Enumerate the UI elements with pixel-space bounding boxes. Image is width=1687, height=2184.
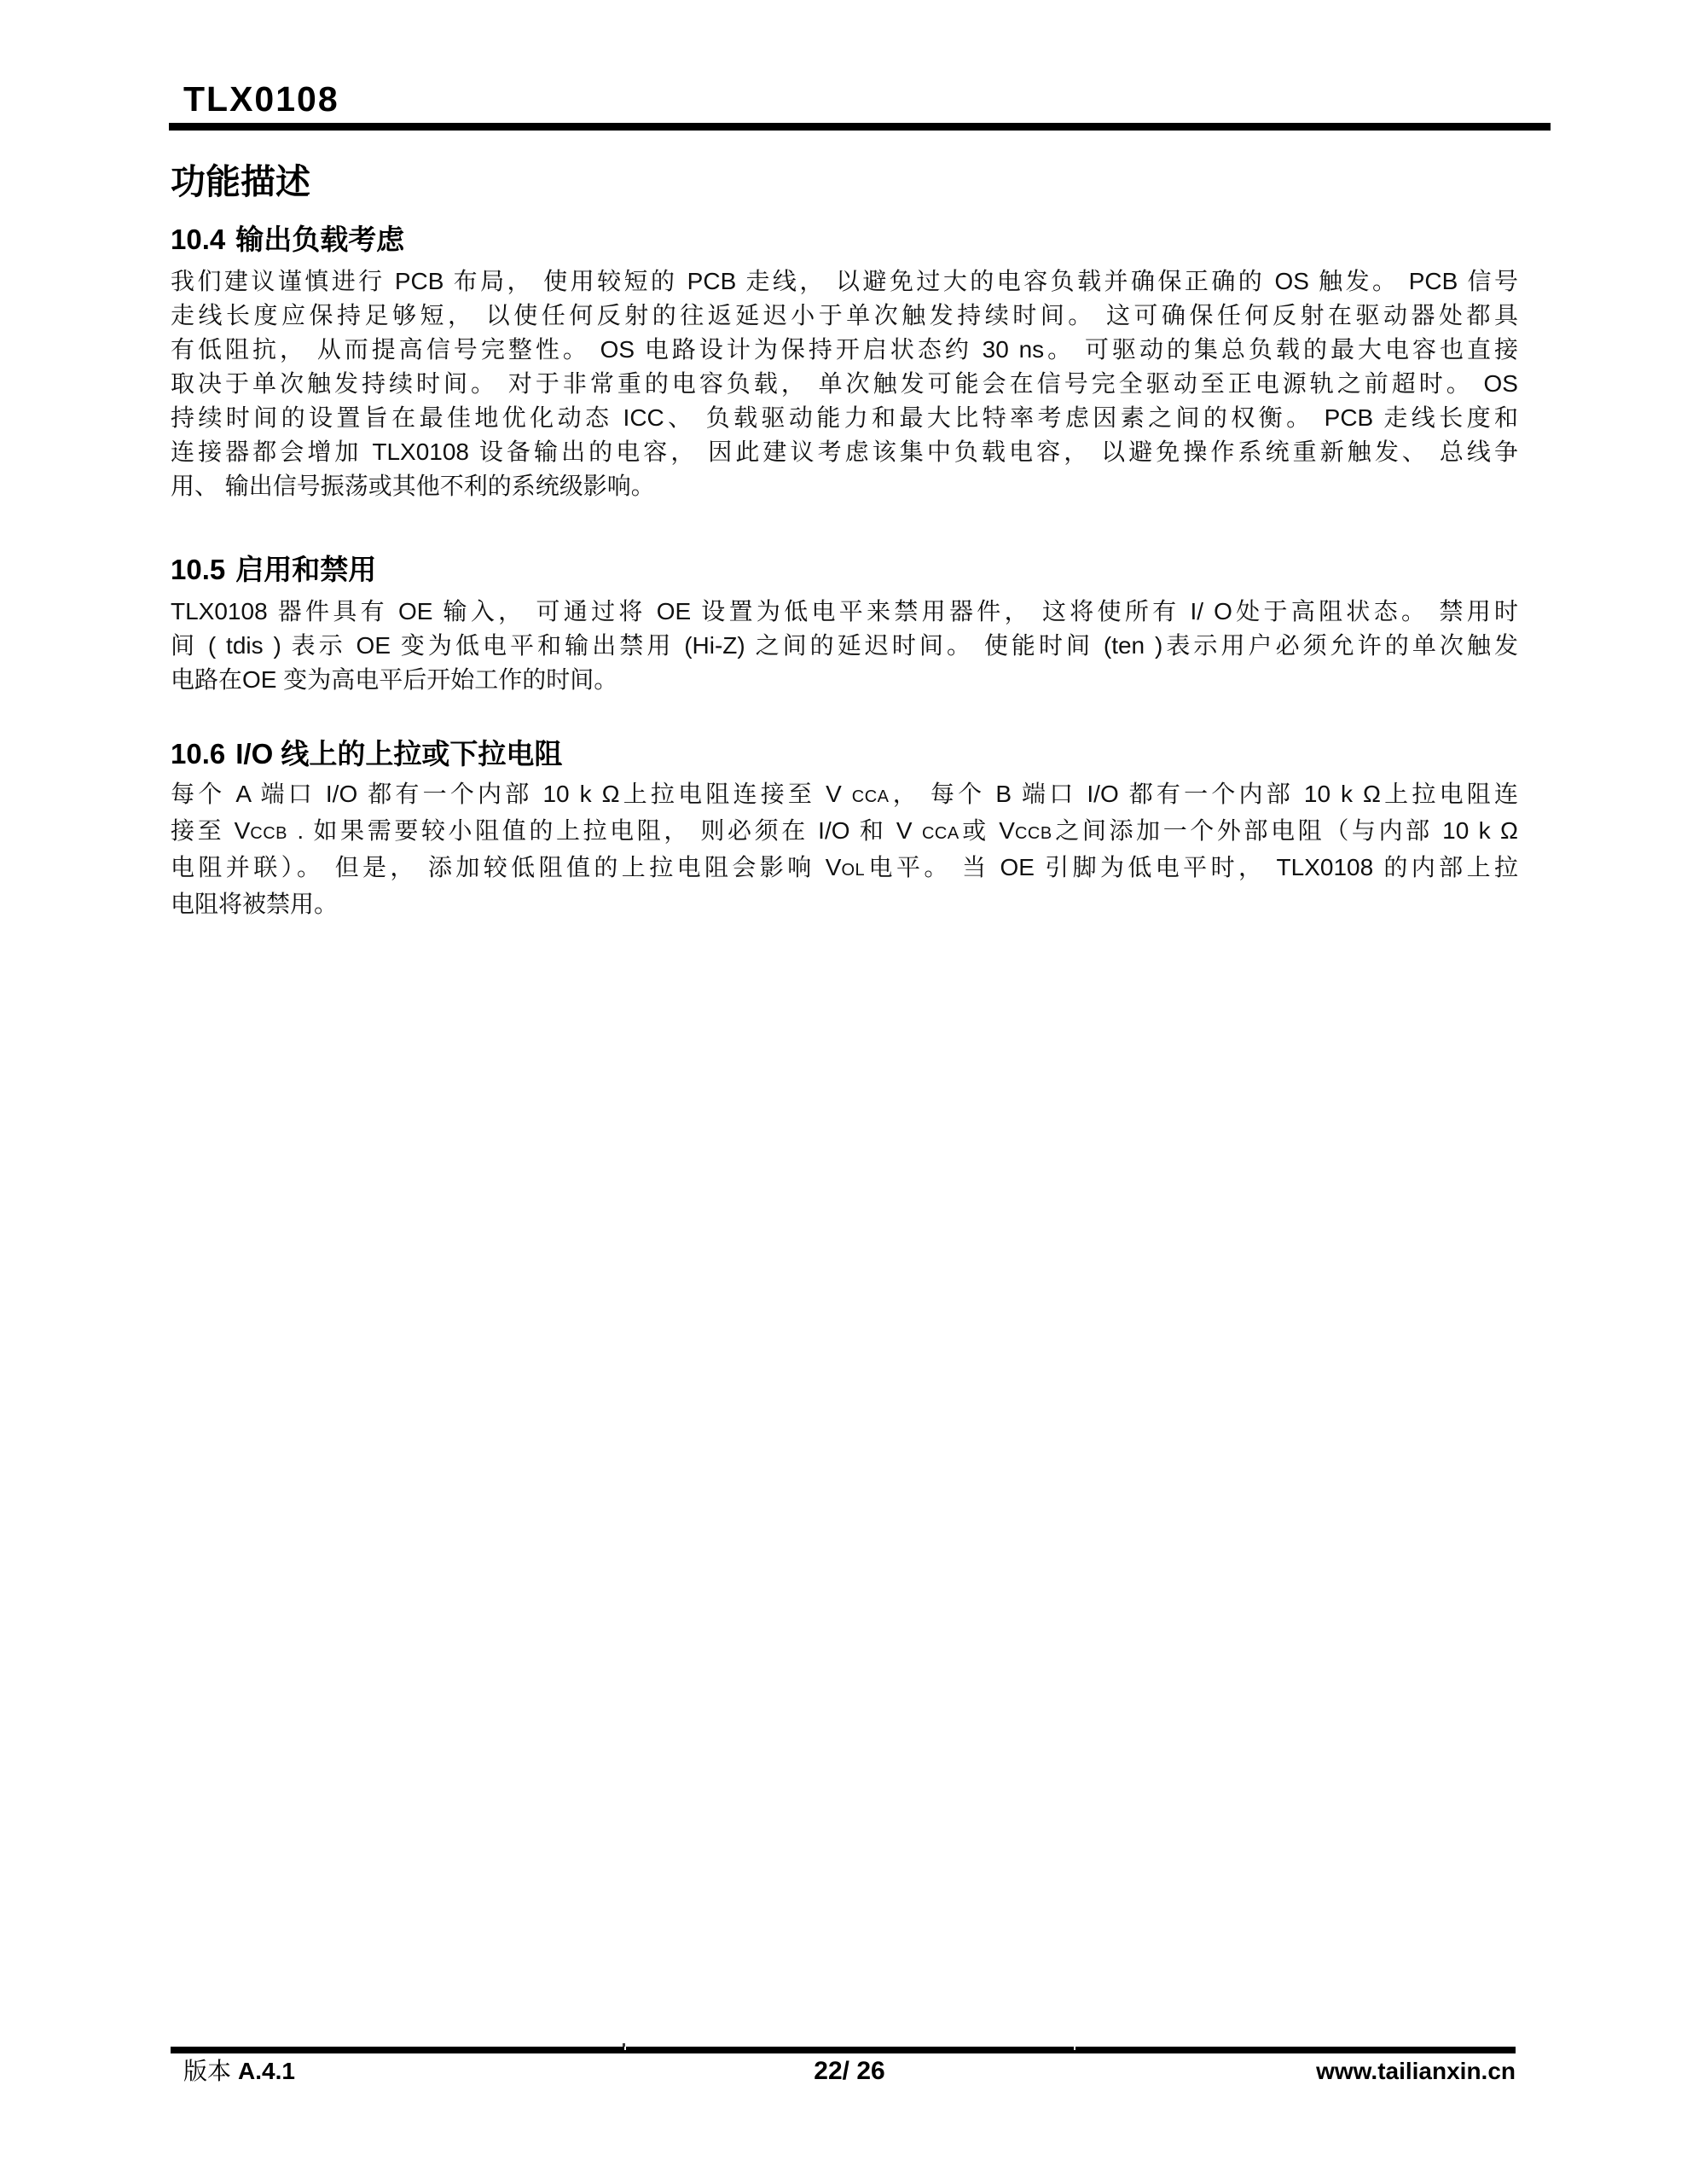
- paragraph-10-5: TLX0108 器件具有 OE 输入， 可通过将 OE 设置为低电平来禁用器件，…: [171, 595, 1518, 697]
- body-line: 取决于单次触发持续时间。 对于非常重的电容负载， 单次触发可能会在信号完全驱动至…: [171, 367, 1518, 401]
- body-text: 之间添加一个外部电阻（与内部 10 k Ω: [1052, 817, 1518, 844]
- footer: 版本A.4.1 22/ 26 www.tailianxin.cn: [171, 2054, 1516, 2088]
- subscript-vccb: CCB: [1015, 824, 1052, 843]
- body-line: TLX0108 器件具有 OE 输入， 可通过将 OE 设置为低电平来禁用器件，…: [171, 595, 1518, 629]
- body-text: 或 V: [959, 817, 1015, 844]
- subscript-vcca: CCA: [852, 787, 890, 806]
- section-title: 输出负载考虑: [235, 224, 404, 255]
- body-text: . 如果需要较小阻值的上拉电阻， 则必须在 I/O 和 V: [287, 817, 922, 844]
- body-text: 电平。 当 OE 引脚为低电平时， TLX0108 的内部上拉: [865, 854, 1518, 880]
- body-line: 每个 A 端口 I/O 都有一个内部 10 k Ω上拉电阻连接至 V CCA， …: [171, 777, 1518, 814]
- body-text: 接至 V: [171, 817, 250, 844]
- paragraph-10-4: 我们建议谨慎进行 PCB 布局， 使用较短的 PCB 走线， 以避免过大的电容负…: [171, 264, 1518, 503]
- body-line: 持续时间的设置旨在最佳地优化动态 ICC、 负载驱动能力和最大比特率考虑因素之间…: [171, 401, 1518, 435]
- body-line: 电阻并联）。 但是， 添加较低阻值的上拉电阻会影响 VOL电平。 当 OE 引脚…: [171, 851, 1518, 887]
- section-number: 10.6: [171, 738, 225, 770]
- subscript-vol: OL: [841, 861, 865, 880]
- rule-segment-gap: [1074, 2047, 1075, 2050]
- body-line: 连接器都会增加 TLX0108 设备输出的电容， 因此建议考虑该集中负载电容， …: [171, 435, 1518, 469]
- subscript-vcca: CCA: [922, 824, 959, 843]
- version-number: A.4.1: [238, 2058, 295, 2084]
- scan-artifact-tick: [623, 2043, 625, 2047]
- footer-website-link[interactable]: www.tailianxin.cn: [1071, 2056, 1516, 2087]
- section-heading-10-4: 10.4输出负载考虑: [171, 223, 404, 257]
- body-line: 有低阻抗， 从而提高信号完整性。 OS 电路设计为保持开启状态约 30 ns。 …: [171, 333, 1518, 367]
- section-title: I/O 线上的上拉或下拉电阻: [235, 738, 562, 770]
- footer-rule: [171, 2047, 1516, 2053]
- body-line: 间 ( tdis ) 表示 OE 变为低电平和输出禁用 (Hi-Z) 之间的延迟…: [171, 629, 1518, 663]
- section-heading-10-5: 10.5启用和禁用: [171, 553, 376, 587]
- paragraph-10-6: 每个 A 端口 I/O 都有一个内部 10 k Ω上拉电阻连接至 V CCA， …: [171, 777, 1518, 921]
- product-title: TLX0108: [183, 80, 339, 119]
- footer-version: 版本A.4.1: [171, 2056, 628, 2087]
- section-number: 10.5: [171, 554, 225, 585]
- body-line: 走线长度应保持足够短， 以使任何反射的往返延迟小于单次触发持续时间。 这可确保任…: [171, 299, 1518, 333]
- subscript-vccb: CCB: [250, 824, 287, 843]
- body-line: 用、 输出信号振荡或其他不利的系统级影响。: [171, 469, 1518, 503]
- datasheet-page: TLX0108 功能描述 10.4输出负载考虑 我们建议谨慎进行 PCB 布局，…: [0, 0, 1687, 2184]
- section-heading-10-6: 10.6I/O 线上的上拉或下拉电阻: [171, 737, 562, 771]
- page-main-heading: 功能描述: [171, 161, 310, 203]
- header-rule: [169, 123, 1551, 131]
- body-line: 电路在OE 变为高电平后开始工作的时间。: [171, 663, 1518, 697]
- rule-segment-gap: [624, 2047, 626, 2050]
- section-title: 启用和禁用: [235, 554, 376, 585]
- body-text: 每个 A 端口 I/O 都有一个内部 10 k Ω上拉电阻连接至 V: [171, 781, 852, 807]
- body-line: 接至 VCCB . 如果需要较小阻值的上拉电阻， 则必须在 I/O 和 V CC…: [171, 814, 1518, 851]
- body-text: ， 每个 B 端口 I/O 都有一个内部 10 k Ω上拉电阻连: [890, 781, 1518, 807]
- body-line: 我们建议谨慎进行 PCB 布局， 使用较短的 PCB 走线， 以避免过大的电容负…: [171, 264, 1518, 299]
- footer-page-number: 22/ 26: [628, 2054, 1072, 2088]
- section-number: 10.4: [171, 224, 225, 255]
- body-text: 电阻并联）。 但是， 添加较低阻值的上拉电阻会影响 V: [171, 854, 841, 880]
- version-label: 版本: [183, 2058, 231, 2084]
- body-line: 电阻将被禁用。: [171, 887, 1518, 921]
